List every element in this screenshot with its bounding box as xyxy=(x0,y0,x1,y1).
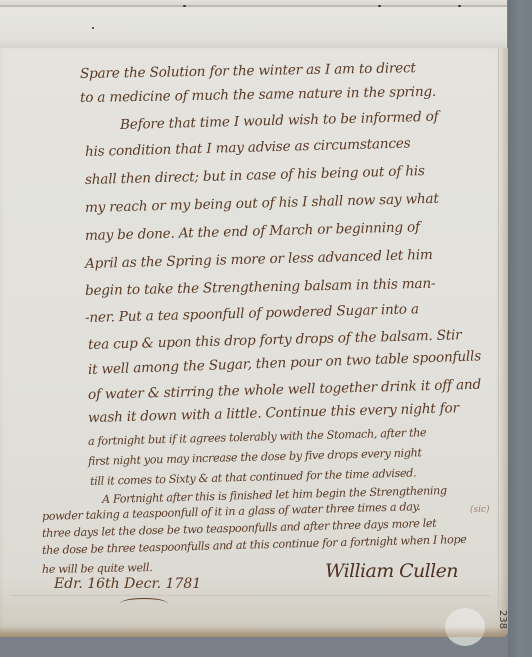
margin-annotation: (sic) xyxy=(470,505,490,515)
manuscript-scan: Spare the Solution for the winter as I a… xyxy=(0,0,532,657)
date-line: Edr. 16th Decr. 1781 xyxy=(54,576,201,592)
binding-mark xyxy=(458,5,461,7)
folio-number: 238 xyxy=(497,610,508,629)
paper-stain xyxy=(445,608,485,646)
background-edge xyxy=(508,0,532,657)
signature: William Cullen xyxy=(325,560,458,582)
binding-strip xyxy=(0,0,507,49)
fold-line xyxy=(10,595,490,596)
binding-seam xyxy=(0,5,507,7)
date-flourish xyxy=(120,598,168,609)
letter-line: he will be quite well. xyxy=(42,561,153,576)
binding-mark xyxy=(183,5,186,7)
binding-mark xyxy=(378,5,381,7)
binding-mark xyxy=(92,27,94,29)
fold-line xyxy=(498,48,499,608)
